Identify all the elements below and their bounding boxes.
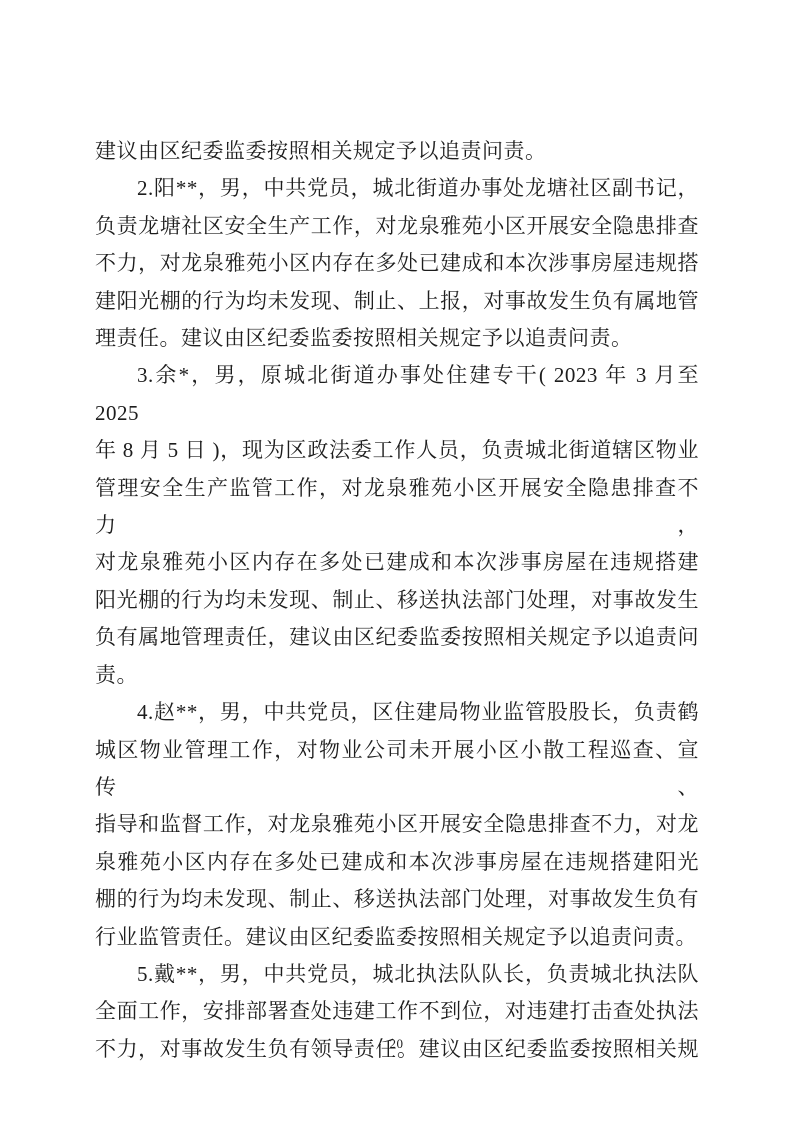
text-line: 阳光棚的行为均未发现、制止、移送执法部门处理，对事故发生 [95, 582, 699, 619]
text-line: 负责龙塘社区安全生产工作，对龙泉雅苑小区开展安全隐患排查 [95, 208, 699, 245]
text-line: 理责任。建议由区纪委监委按照相关规定予以追责问责。 [95, 320, 699, 357]
text-line: 泉雅苑小区内存在多处已建成和本次涉事房屋在违规搭建阳光 [95, 844, 699, 881]
text-line: 棚的行为均未发现、制止、移送执法部门处理，对事故发生负有 [95, 881, 699, 918]
text-line: 不力，对龙泉雅苑小区内存在多处已建成和本次涉事房屋违规搭 [95, 245, 699, 282]
text-line: 城区物业管理工作，对物业公司未开展小区小散工程巡查、宣传、 [95, 732, 699, 807]
page-number: 20 [0, 1036, 793, 1052]
text-line: 2.阳**，男，中共党员，城北街道办事处龙塘社区副书记， [95, 170, 699, 207]
text-line: 4.赵**，男，中共党员，区住建局物业监管股股长，负责鹤 [95, 694, 699, 731]
text-line: 负有属地管理责任，建议由区纪委监委按照相关规定予以追责问 [95, 619, 699, 656]
text-line: 全面工作，安排部署查处违建工作不到位，对违建打击查处执法 [95, 993, 699, 1030]
text-line: 建议由区纪委监委按照相关规定予以追责问责。 [95, 133, 699, 170]
text-line: 责。 [95, 657, 699, 694]
text-line: 建阳光棚的行为均未发现、制止、上报，对事故发生负有属地管 [95, 283, 699, 320]
text-line: 管理安全生产监管工作，对龙泉雅苑小区开展安全隐患排查不力， [95, 470, 699, 545]
document-body-text: 建议由区纪委监委按照相关规定予以追责问责。2.阳**，男，中共党员，城北街道办事… [95, 133, 699, 1068]
text-line: 对龙泉雅苑小区内存在多处已建成和本次涉事房屋在违规搭建 [95, 544, 699, 581]
text-line: 指导和监督工作，对龙泉雅苑小区开展安全隐患排查不力，对龙 [95, 806, 699, 843]
document-page: 建议由区纪委监委按照相关规定予以追责问责。2.阳**，男，中共党员，城北街道办事… [0, 0, 793, 1122]
text-line: 行业监管责任。建议由区纪委监委按照相关规定予以追责问责。 [95, 919, 699, 956]
text-line: 3.余*，男，原城北街道办事处住建专干( 2023 年 3 月至 2025 [95, 357, 699, 432]
text-line: 5.戴**，男，中共党员，城北执法队队长，负责城北执法队 [95, 956, 699, 993]
text-line: 年 8 月 5 日 )，现为区政法委工作人员，负责城北街道辖区物业 [95, 432, 699, 469]
